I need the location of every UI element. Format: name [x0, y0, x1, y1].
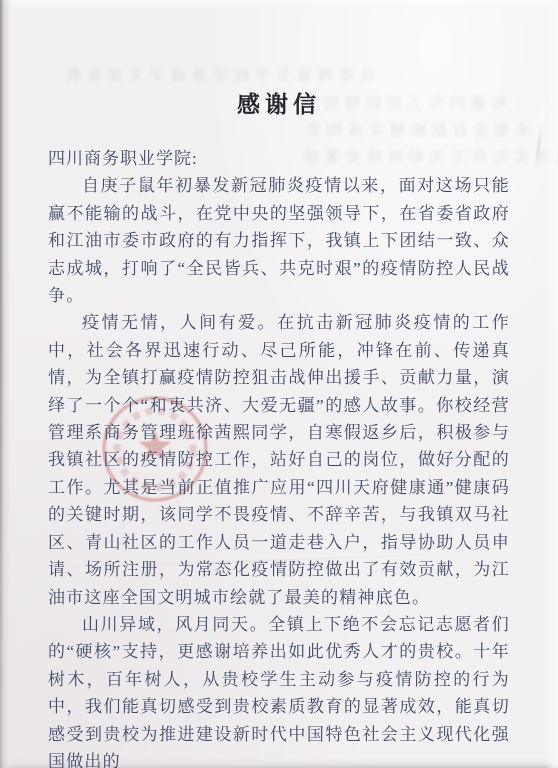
salutation: 四川商务职业学院:	[48, 145, 510, 172]
paper-crease	[535, 96, 547, 168]
paragraph-1: 自庚子鼠年初暴发新冠肺炎疫情以来，面对这场只能赢不能输的战斗，在党中央的坚强领导…	[48, 172, 510, 309]
paragraph-2: 疫情无情，人间有爱。在抗击新冠肺炎疫情的工作中，社会各界迅速行动、尽己所能，冲锋…	[48, 309, 510, 610]
letter-title: 感谢信	[48, 86, 510, 119]
letter-content: 感谢信 四川商务职业学院: 自庚子鼠年初暴发新冠肺炎疫情以来，面对这场只能赢不能…	[48, 86, 510, 768]
bleed-through-line: 员委理管生学校学务商于关部育教	[60, 64, 375, 85]
paragraph-3: 山川异域，风月同天。全镇上下绝不会忘记志愿者们的“硬核”支持，更感谢培养出如此优…	[48, 611, 510, 768]
scanned-letter-page: 员委理管生学校学务商于关部育教 知通的作工控防情疫 求要关有据根精实落彻贯 展开…	[0, 0, 558, 768]
